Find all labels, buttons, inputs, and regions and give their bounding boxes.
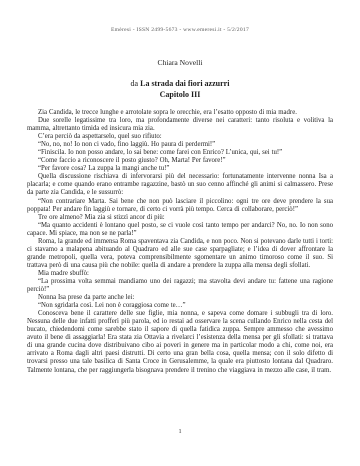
paragraph: “Per favore cosa? La zuppa la mangi anch… [27,165,333,173]
paragraph: Conosceva bene il carattere delle sue fi… [27,310,333,374]
paragraph: “Non contrariare Marta. Sai bene che non… [27,198,333,214]
book-title-line: da La strada dai fiori azzurri [0,79,360,88]
paragraph: “La prossima volta semmai mandiamo uno d… [27,278,333,294]
paragraph: “Non sgridarla così. Lei non è coraggios… [27,302,333,310]
paragraph: Mia madre sbuffò: [27,270,333,278]
paragraph: “Come faccio a riconoscere il posto gius… [27,157,333,165]
paragraph: “Ma quanto accidenti è lontano quel post… [27,222,333,238]
paragraph: Zia Candida, le trecce lunghe e arrotola… [27,109,333,117]
paragraph: Quella discussione rischiava di infervor… [27,173,333,197]
paragraph: Roma, la grande ed immensa Roma spaventa… [27,238,333,270]
paragraph: C’era perciò da aspettarselo, quel suo r… [27,133,333,141]
title-prefix: da [131,79,139,88]
document-page: Emèresi - ISSN 2499-5673 - www.emeresi.i… [0,0,360,466]
book-title: La strada dai fiori azzurri [140,79,229,88]
page-number: 1 [0,428,360,435]
paragraph: Nonna Isa prese da parte anche lei: [27,294,333,302]
paragraph: “Finiscila. Io non posso andare, lo sai … [27,149,333,157]
paragraph: Tre ore almeno? Mia zia si stizzì ancor … [27,214,333,222]
chapter-title: Capitolo III [0,90,360,99]
body-text: Zia Candida, le trecce lunghe e arrotola… [27,109,333,375]
paragraph: “No, no, no! Io non ci vado, fino laggiù… [27,141,333,149]
paragraph: Due sorelle legatissime tra loro, ma pro… [27,117,333,133]
author-name: Chiara Novelli [0,58,360,67]
running-header: Emèresi - ISSN 2499-5673 - www.emeresi.i… [0,27,360,33]
